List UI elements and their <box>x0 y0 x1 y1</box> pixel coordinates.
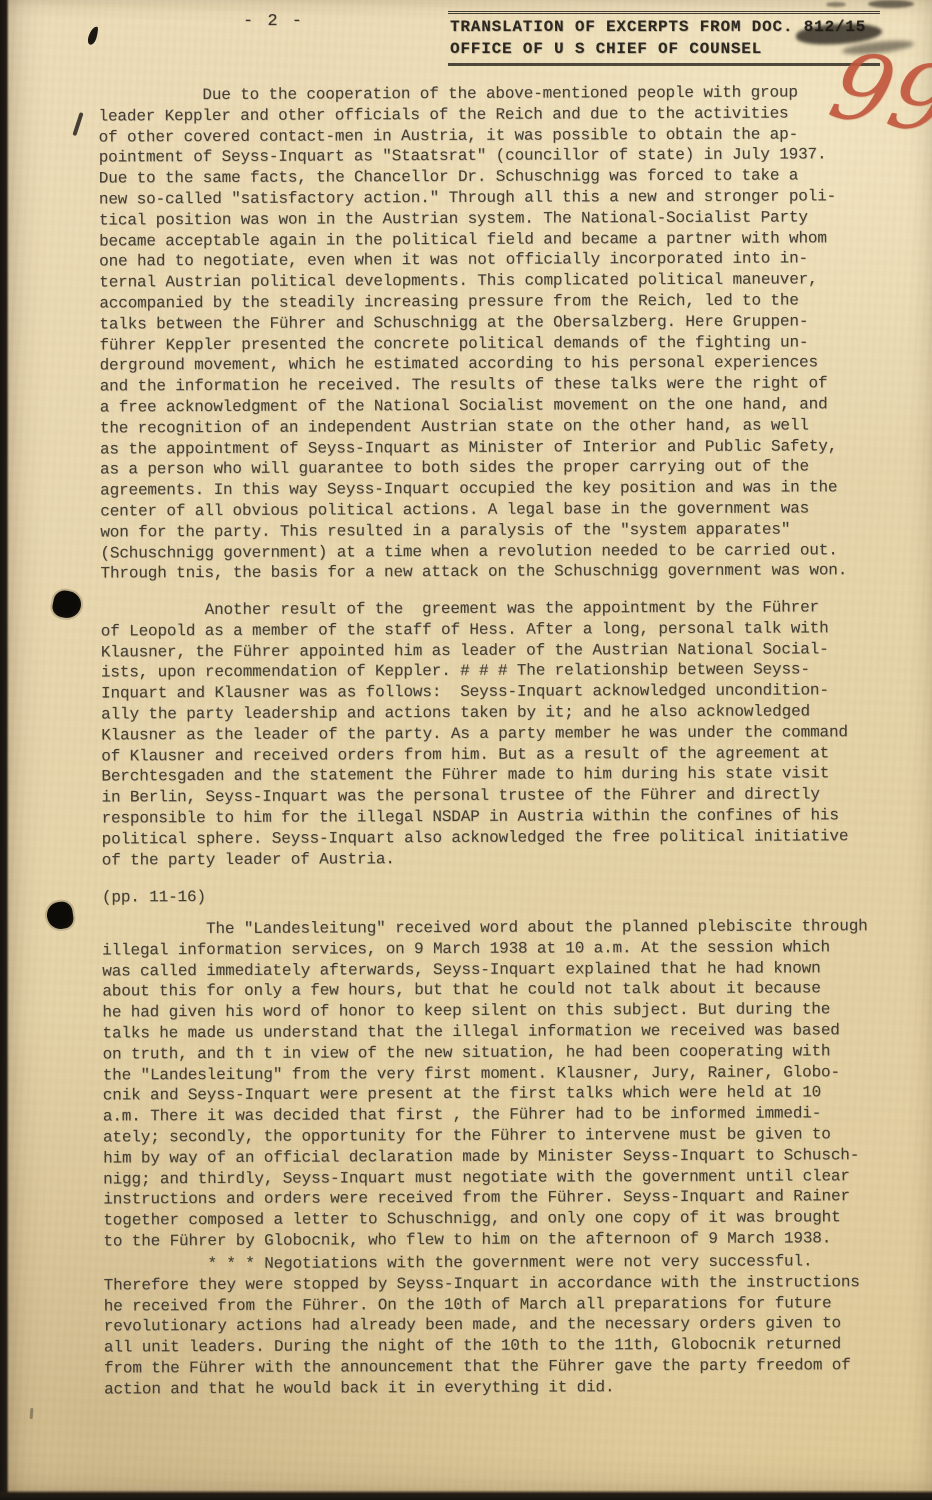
typed-text-block: Due to the cooperation of the above-ment… <box>0 0 932 1500</box>
paragraph-1: Due to the cooperation of the above-ment… <box>98 82 900 585</box>
paragraph-3: The "Landesleitung" received word about … <box>102 916 903 1252</box>
paragraph-4: * * * Negotiations with the government w… <box>103 1251 904 1400</box>
page-reference: (pp. 11-16) <box>102 884 902 908</box>
scanned-document-page: - 2 - TRANSLATION OF EXCERPTS FROM DOC. … <box>0 0 932 1500</box>
paragraph-2: Another result of the greement was the a… <box>101 597 902 871</box>
